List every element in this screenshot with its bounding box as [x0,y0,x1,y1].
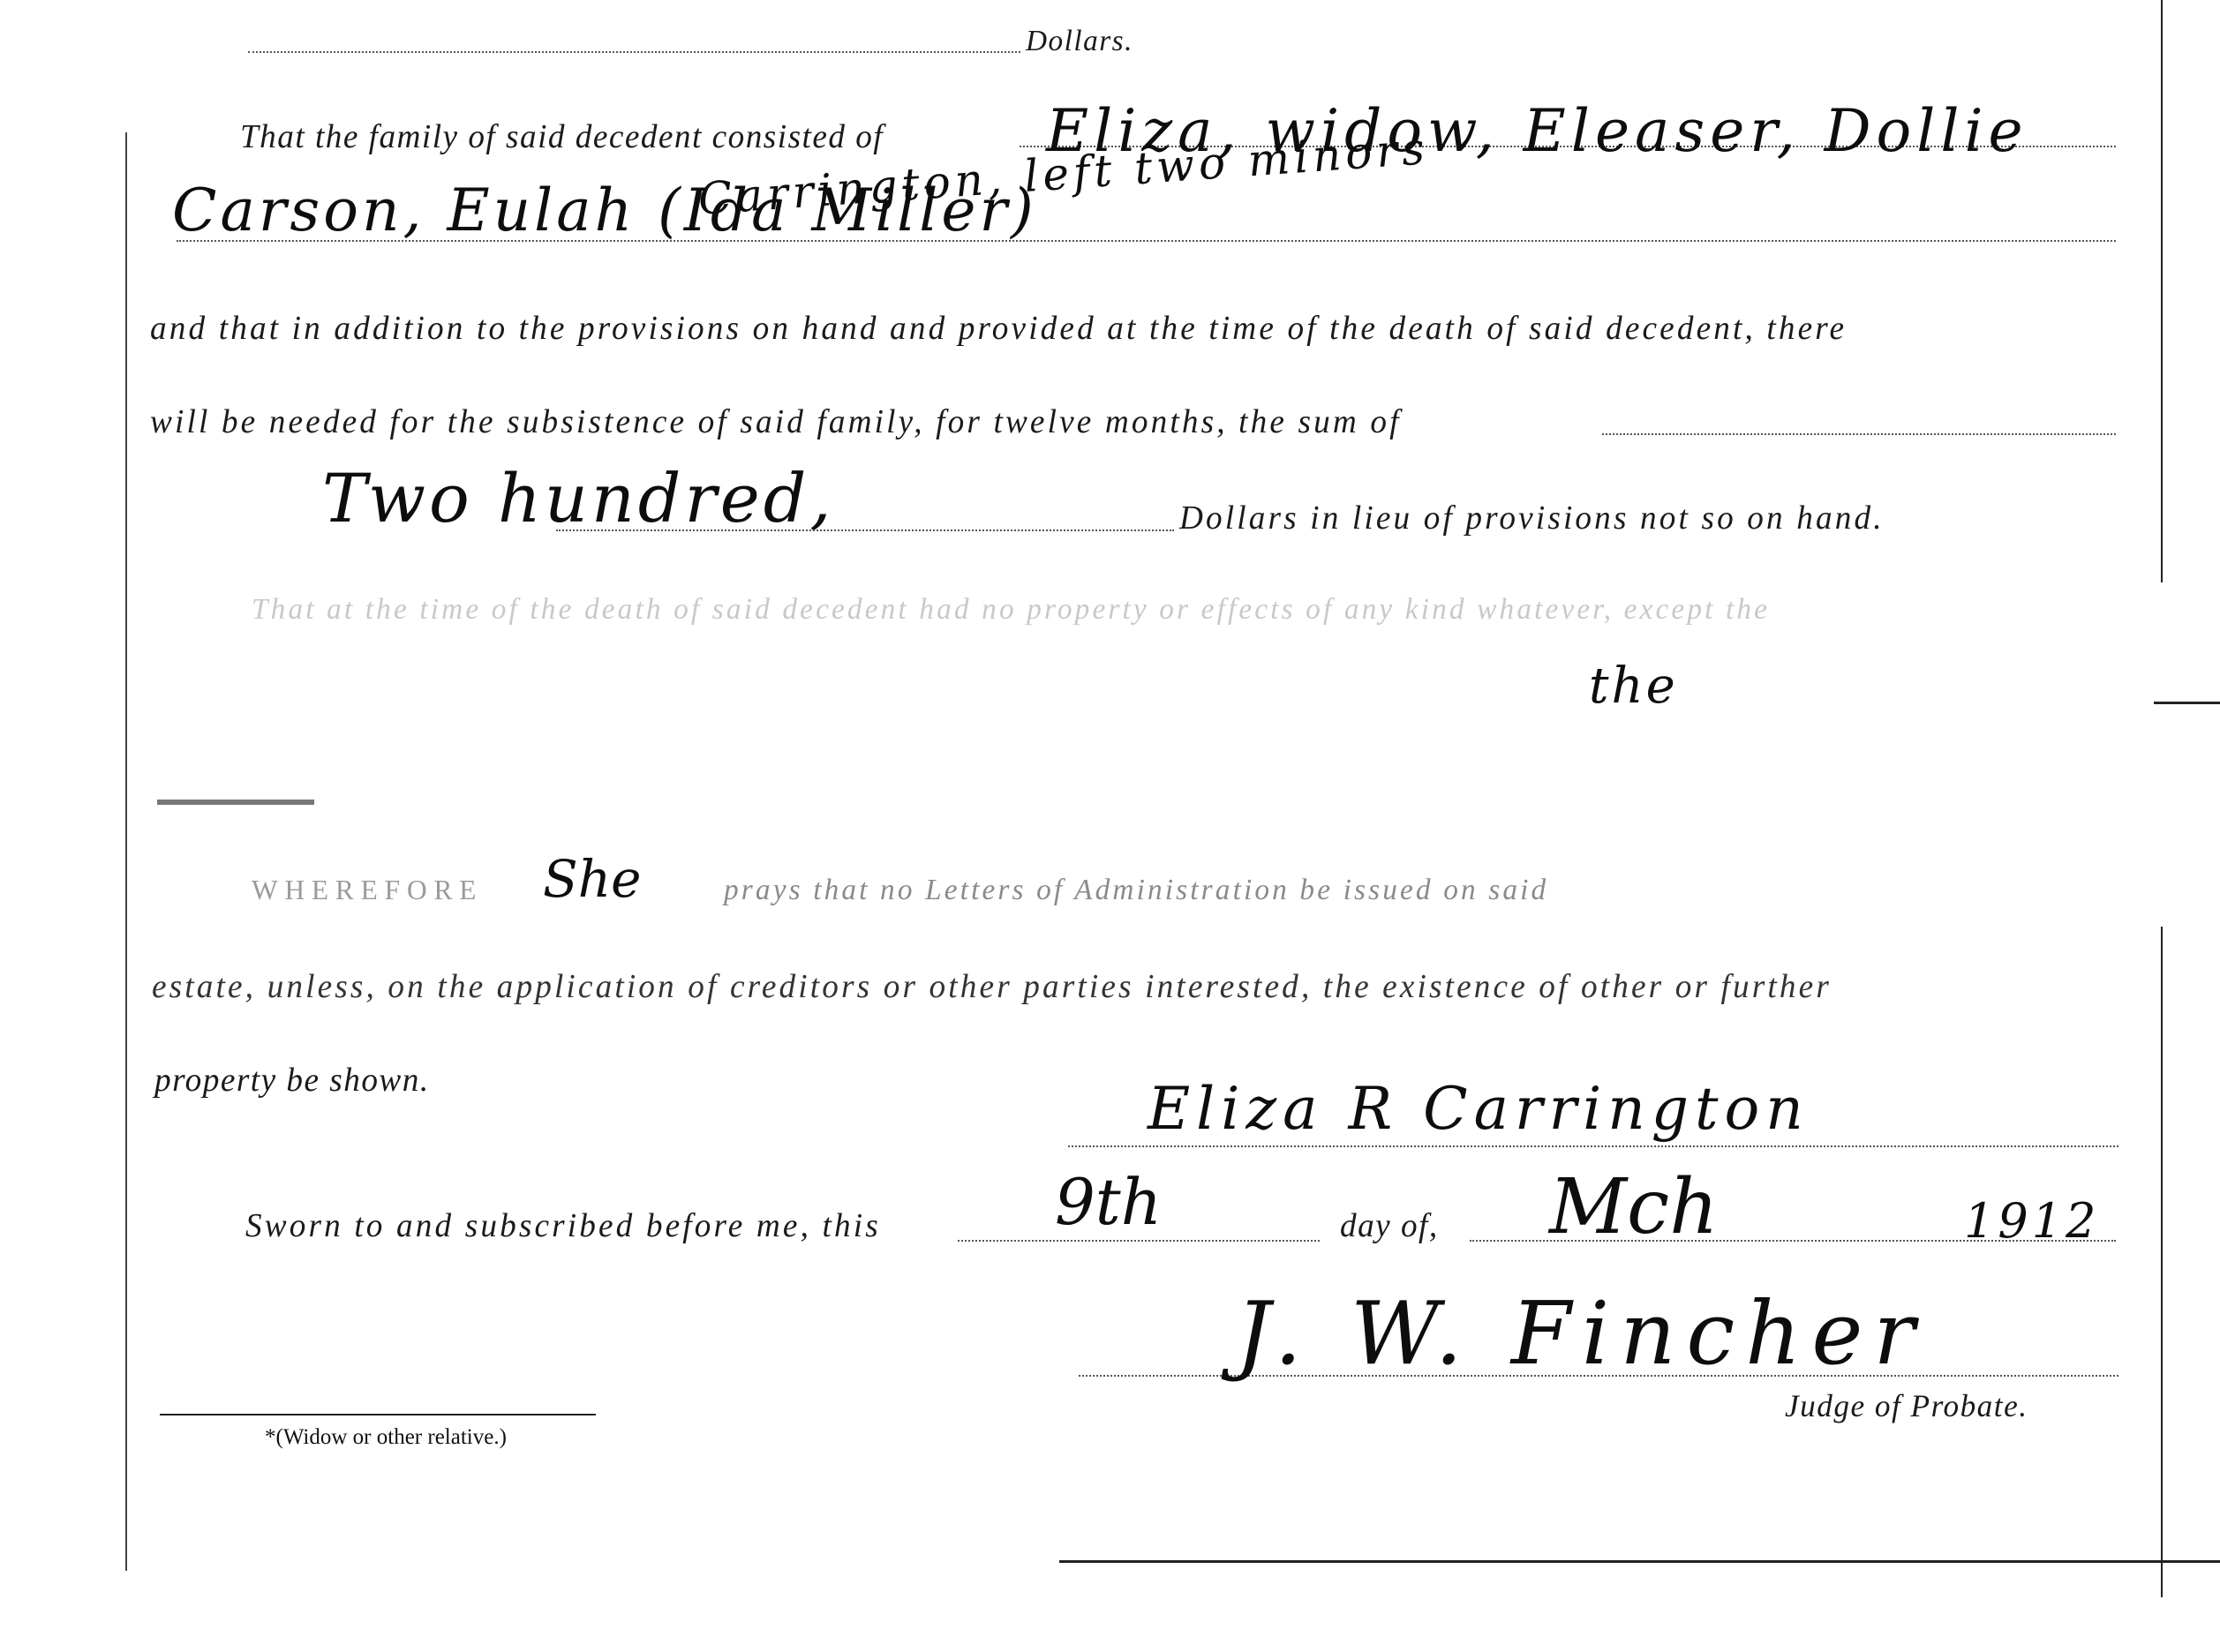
provisions-text: and that in addition to the provisions o… [150,309,1847,348]
top-amount-dotted-line [248,51,1020,53]
wherefore-handwriting: She [543,849,641,909]
footnote-text: *(Widow or other relative.) [265,1425,507,1450]
top-dollars-label: Dollars. [1026,25,1133,58]
estate-text: estate, unless, on the application of cr… [152,967,1832,1006]
sum-dotted-line [1602,433,2116,435]
day-of-label: day of, [1340,1206,1439,1245]
sworn-day-dotted-line [958,1240,1320,1242]
scan-artifact-mark [157,800,314,805]
family-intro-text: That the family of said decedent consist… [240,117,884,156]
bottom-border-line [1059,1560,2220,1563]
affiant-signature-line [1068,1145,2118,1147]
sworn-text: Sworn to and subscribed before me, this [245,1206,881,1245]
property-shown-text: property be shown. [154,1061,430,1100]
sum-words-dotted-line [556,529,1174,531]
affiant-signature: Eliza R Carrington [1148,1075,1810,1143]
left-border-line [125,132,127,1571]
judge-signature: J. W. Fincher [1236,1284,1925,1385]
sum-handwriting: Two hundred, [322,459,835,537]
sworn-year: 1912 [1964,1193,2099,1249]
lieu-text: Dollars in lieu of provisions not so on … [1179,499,1885,537]
sworn-day-handwriting: 9th [1055,1165,1162,1239]
faded-handwriting-mark: the [1589,657,1678,715]
family-handwriting-2: Carson, Eulah (Ida Miller) [172,176,1037,244]
right-border-line-upper [2161,0,2163,582]
wherefore-label: WHEREFORE [252,874,483,906]
sworn-month-handwriting: Mch [1549,1163,1719,1251]
right-border-line-lower [2161,927,2163,1597]
subsistence-text: will be needed for the subsistence of sa… [150,402,1402,441]
right-edge-tick [2154,702,2220,704]
wherefore-rest-text: prays that no Letters of Administration … [724,874,1548,907]
faded-property-text: That at the time of the death of said de… [252,593,1770,627]
judge-title: Judge of Probate. [1785,1387,2028,1424]
footnote-rule [160,1414,596,1415]
